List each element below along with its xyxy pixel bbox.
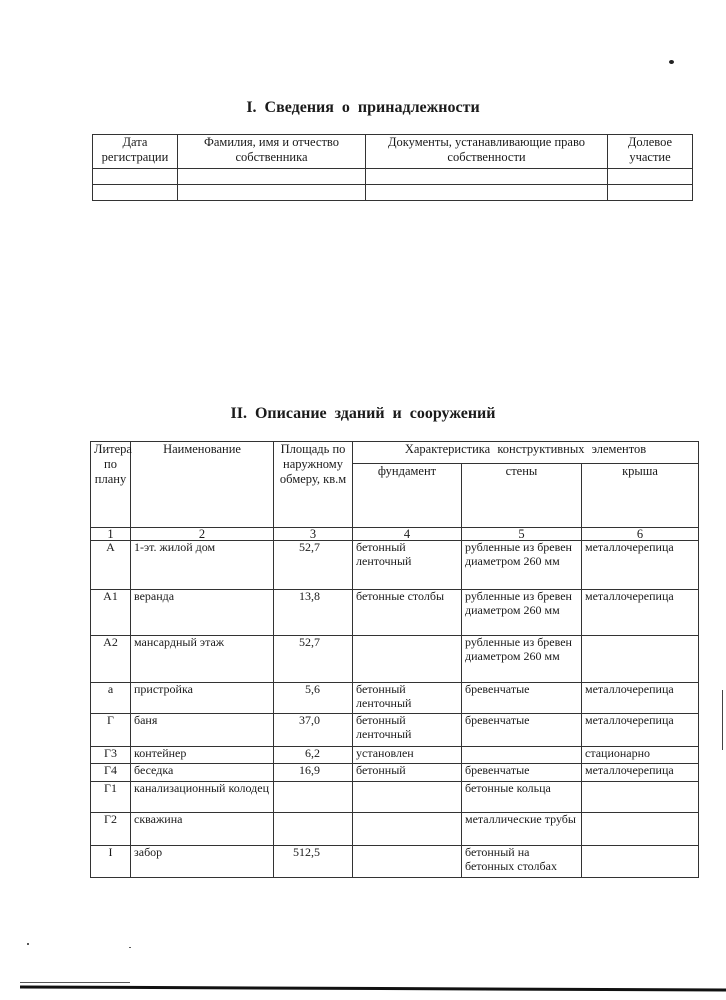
cell-name: 1-эт. жилой дом — [131, 541, 274, 590]
cell-litera: Г2 — [91, 813, 131, 846]
header-registration-date: Дата регистрации — [93, 135, 178, 169]
cell-name: канализационный колодец — [131, 782, 274, 813]
table-row: Г1канализационный колодецбетонные кольца — [91, 782, 699, 813]
table-row: апристройка5,6бетонный ленточныйбревенча… — [91, 683, 699, 714]
cell-name: мансардный этаж — [131, 636, 274, 683]
cell-roof: металлочерепица — [582, 590, 699, 636]
cell-roof: металлочерепица — [582, 683, 699, 714]
table-row: А1-эт. жилой дом52,7бетонный ленточныйру… — [91, 541, 699, 590]
cell-walls: бетонный на бетонных столбах — [462, 846, 582, 878]
ownership-table: Дата регистрации Фамилия, имя и отчество… — [92, 134, 693, 201]
scan-speck — [669, 60, 674, 64]
cell-litera: А — [91, 541, 131, 590]
scan-margin-line — [722, 690, 723, 750]
cell-roof: металлочерепица — [582, 541, 699, 590]
cell-foundation — [353, 813, 462, 846]
column-number: 4 — [353, 528, 462, 541]
scan-speck — [27, 943, 29, 945]
cell — [178, 185, 366, 201]
cell-area: 52,7 — [274, 636, 353, 683]
cell — [366, 169, 608, 185]
header-roof: крыша — [582, 464, 699, 528]
cell-walls: рубленные из бревен диаметром 260 мм — [462, 636, 582, 683]
table-row: Г2скважинаметаллические трубы — [91, 813, 699, 846]
buildings-table: Литера по плану Наименование Площадь по … — [90, 441, 699, 878]
header-litera: Литера по плану — [91, 442, 131, 528]
table-row — [93, 169, 693, 185]
cell-foundation — [353, 782, 462, 813]
cell-walls: бетонные кольца — [462, 782, 582, 813]
cell-foundation — [353, 846, 462, 878]
cell-walls: металлические трубы — [462, 813, 582, 846]
cell-roof: металлочерепица — [582, 764, 699, 782]
cell-litera: Г — [91, 714, 131, 747]
cell-foundation: бетонные столбы — [353, 590, 462, 636]
scan-edge-line — [20, 985, 726, 991]
table-row: Iзабор512,5бетонный на бетонных столбах — [91, 846, 699, 878]
cell — [608, 169, 693, 185]
cell-name: пристройка — [131, 683, 274, 714]
cell-walls — [462, 747, 582, 764]
cell-area: 6,2 — [274, 747, 353, 764]
cell-area — [274, 782, 353, 813]
cell-roof: стационарно — [582, 747, 699, 764]
scan-edge-line — [20, 982, 130, 983]
cell-name: скважина — [131, 813, 274, 846]
cell-foundation: бетонный — [353, 764, 462, 782]
cell-litera: Г1 — [91, 782, 131, 813]
cell — [608, 185, 693, 201]
cell-walls: рубленные из бревен диаметром 260 мм — [462, 590, 582, 636]
cell-area: 512,5 — [274, 846, 353, 878]
header-construction-elements: Характеристика конструктивных элементов — [353, 442, 699, 464]
cell-foundation — [353, 636, 462, 683]
cell-area: 13,8 — [274, 590, 353, 636]
column-numbers-row: 1 2 3 4 5 6 — [91, 528, 699, 541]
header-ownership-documents: Документы, устанавливающие право собстве… — [366, 135, 608, 169]
cell-foundation: бетонный ленточный — [353, 714, 462, 747]
header-share: Долевое участие — [608, 135, 693, 169]
header-name: Наименование — [131, 442, 274, 528]
buildings-header-row: Литера по плану Наименование Площадь по … — [91, 442, 699, 464]
cell-walls: рубленные из бревен диаметром 260 мм — [462, 541, 582, 590]
column-number: 2 — [131, 528, 274, 541]
cell-walls: бревенчатые — [462, 714, 582, 747]
table-row: Г3контейнер6,2установленстационарно — [91, 747, 699, 764]
table-row — [93, 185, 693, 201]
cell-area: 52,7 — [274, 541, 353, 590]
cell-foundation: установлен — [353, 747, 462, 764]
cell-foundation: бетонный ленточный — [353, 683, 462, 714]
cell — [93, 169, 178, 185]
cell — [93, 185, 178, 201]
cell-area: 16,9 — [274, 764, 353, 782]
column-number: 5 — [462, 528, 582, 541]
cell-name: баня — [131, 714, 274, 747]
column-number: 3 — [274, 528, 353, 541]
cell-litera: Г3 — [91, 747, 131, 764]
cell-roof — [582, 846, 699, 878]
cell-name: контейнер — [131, 747, 274, 764]
table-row: Гбаня37,0бетонный ленточныйбревенчатыеме… — [91, 714, 699, 747]
cell-name: веранда — [131, 590, 274, 636]
table-row: А1веранда13,8бетонные столбырубленные из… — [91, 590, 699, 636]
section1-title: I. Сведения о принадлежности — [0, 99, 726, 117]
cell-roof: металлочерепица — [582, 714, 699, 747]
table-row: А2мансардный этаж52,7рубленные из бревен… — [91, 636, 699, 683]
cell-litera: А2 — [91, 636, 131, 683]
cell — [366, 185, 608, 201]
table-row: Г4беседка16,9бетонныйбревенчатыеметаллоч… — [91, 764, 699, 782]
cell-walls: бревенчатые — [462, 683, 582, 714]
ownership-header-row: Дата регистрации Фамилия, имя и отчество… — [93, 135, 693, 169]
cell-litera: I — [91, 846, 131, 878]
cell-foundation: бетонный ленточный — [353, 541, 462, 590]
column-number: 6 — [582, 528, 699, 541]
cell-roof — [582, 782, 699, 813]
cell-roof — [582, 636, 699, 683]
header-area: Площадь по наружному обмеру, кв.м — [274, 442, 353, 528]
column-number: 1 — [91, 528, 131, 541]
cell-name: беседка — [131, 764, 274, 782]
cell-litera: А1 — [91, 590, 131, 636]
cell-name: забор — [131, 846, 274, 878]
header-foundation: фундамент — [353, 464, 462, 528]
cell-area: 5,6 — [274, 683, 353, 714]
scan-speck — [129, 947, 131, 948]
header-walls: стены — [462, 464, 582, 528]
header-owner-name: Фамилия, имя и отчество собственника — [178, 135, 366, 169]
section2-title: II. Описание зданий и сооружений — [0, 405, 726, 423]
cell — [178, 169, 366, 185]
cell-roof — [582, 813, 699, 846]
cell-litera: а — [91, 683, 131, 714]
cell-litera: Г4 — [91, 764, 131, 782]
cell-area — [274, 813, 353, 846]
cell-area: 37,0 — [274, 714, 353, 747]
cell-walls: бревенчатые — [462, 764, 582, 782]
